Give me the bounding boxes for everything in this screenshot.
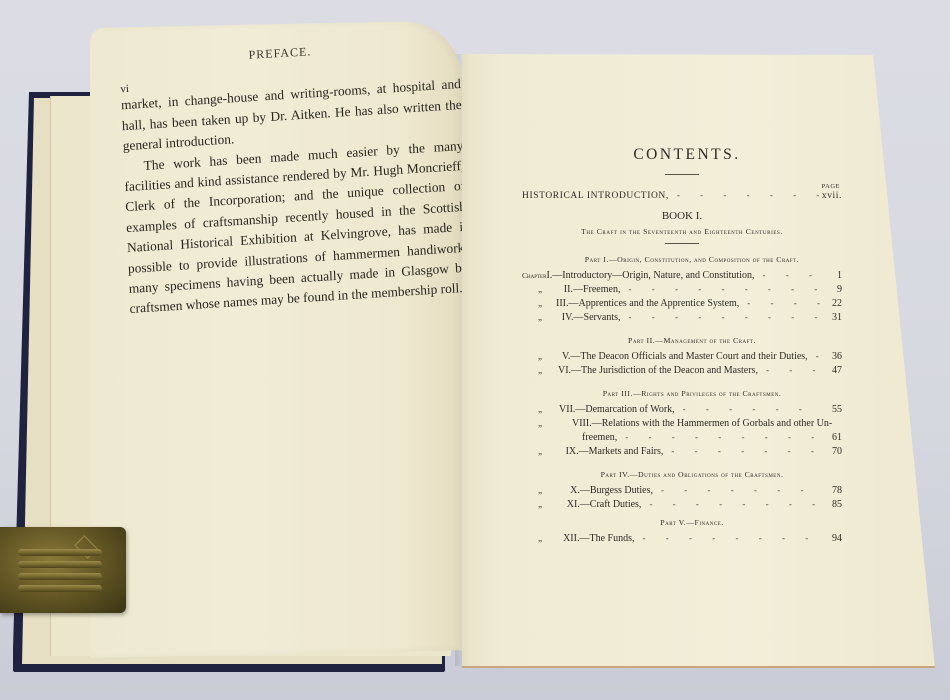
toc-entry-historical-introduction[interactable]: HISTORICAL INTRODUCTION, - - - - - - - -… bbox=[522, 190, 842, 203]
toc-entry[interactable]: „ VIII.—Relations with the Hammermen of … bbox=[522, 418, 842, 445]
page-number: xvii. bbox=[820, 191, 842, 201]
ditto-mark: „ bbox=[522, 284, 548, 294]
part-heading: Part II.—Management of the Craft. bbox=[522, 336, 842, 345]
ditto-mark: „ bbox=[522, 298, 542, 308]
toc-entry[interactable]: „ XI.—Craft Duties, - - - - - - - - - - … bbox=[522, 499, 842, 512]
toc-entry[interactable]: „ V.—The Deacon Officials and Master Cou… bbox=[522, 351, 842, 364]
contents-title: CONTENTS. bbox=[522, 146, 842, 164]
part-heading: Part IV.—Duties and Obligations of the C… bbox=[522, 470, 842, 479]
chapter-prefix: Chapter bbox=[522, 271, 546, 280]
book-heading: BOOK I. bbox=[522, 210, 842, 222]
left-page: PREFACE. vi market, in change-house and … bbox=[90, 20, 462, 658]
ditto-mark: „ bbox=[522, 418, 560, 428]
brass-hand-bookmark-icon bbox=[0, 527, 126, 613]
part-heading: Part III.—Rights and Privileges of the C… bbox=[522, 389, 842, 398]
toc-entry[interactable]: „ VII.—Demarcation of Work, - - - - - - … bbox=[522, 404, 842, 417]
running-head: PREFACE. bbox=[200, 42, 360, 66]
table-of-contents: CONTENTS. PAGE HISTORICAL INTRODUCTION, … bbox=[522, 146, 842, 547]
toc-entry[interactable]: „ III.—Apprentices and the Apprentice Sy… bbox=[522, 298, 842, 311]
leader-dots: - - - - - - - - - - - - - - - - - - - bbox=[669, 190, 820, 200]
preface-text: vi market, in change-house and writing-r… bbox=[120, 58, 462, 320]
title-rule bbox=[665, 174, 699, 175]
book-subtitle: The Craft in the Seventeenth and Eightee… bbox=[522, 227, 842, 236]
ditto-mark: „ bbox=[522, 404, 545, 414]
toc-entry[interactable]: „ VI.—The Jurisdiction of the Deacon and… bbox=[522, 365, 842, 378]
ditto-mark: „ bbox=[522, 446, 546, 456]
ditto-mark: „ bbox=[522, 499, 547, 509]
ditto-mark: „ bbox=[522, 485, 546, 495]
ditto-mark: „ bbox=[522, 533, 547, 543]
part-heading: Part V.—Finance. bbox=[522, 518, 842, 527]
toc-entry[interactable]: „ XII.—The Funds, - - - - - - - - - - - … bbox=[522, 533, 842, 546]
ditto-mark: „ bbox=[522, 365, 542, 375]
toc-entry[interactable]: „ II.—Freemen, - - - - - - - - - - - - -… bbox=[522, 284, 842, 297]
toc-entry[interactable]: „ IX.—Markets and Fairs, - - - - - - - -… bbox=[522, 446, 842, 459]
book-rule bbox=[665, 243, 699, 244]
ditto-mark: „ bbox=[522, 351, 542, 361]
part-heading: Part I.—Origin, Constitution, and Compos… bbox=[522, 255, 842, 264]
toc-entry[interactable]: Chapter I.—Introductory—Origin, Nature, … bbox=[522, 270, 842, 283]
toc-entry[interactable]: „ IV.—Servants, - - - - - - - - - - - - … bbox=[522, 312, 842, 325]
page-column-label: PAGE bbox=[522, 183, 842, 190]
ditto-mark: „ bbox=[522, 312, 548, 322]
preface-paragraph: The work has been made much easier by th… bbox=[123, 136, 462, 320]
toc-entry[interactable]: „ X.—Burgess Duties, - - - - - - - - - -… bbox=[522, 485, 842, 498]
